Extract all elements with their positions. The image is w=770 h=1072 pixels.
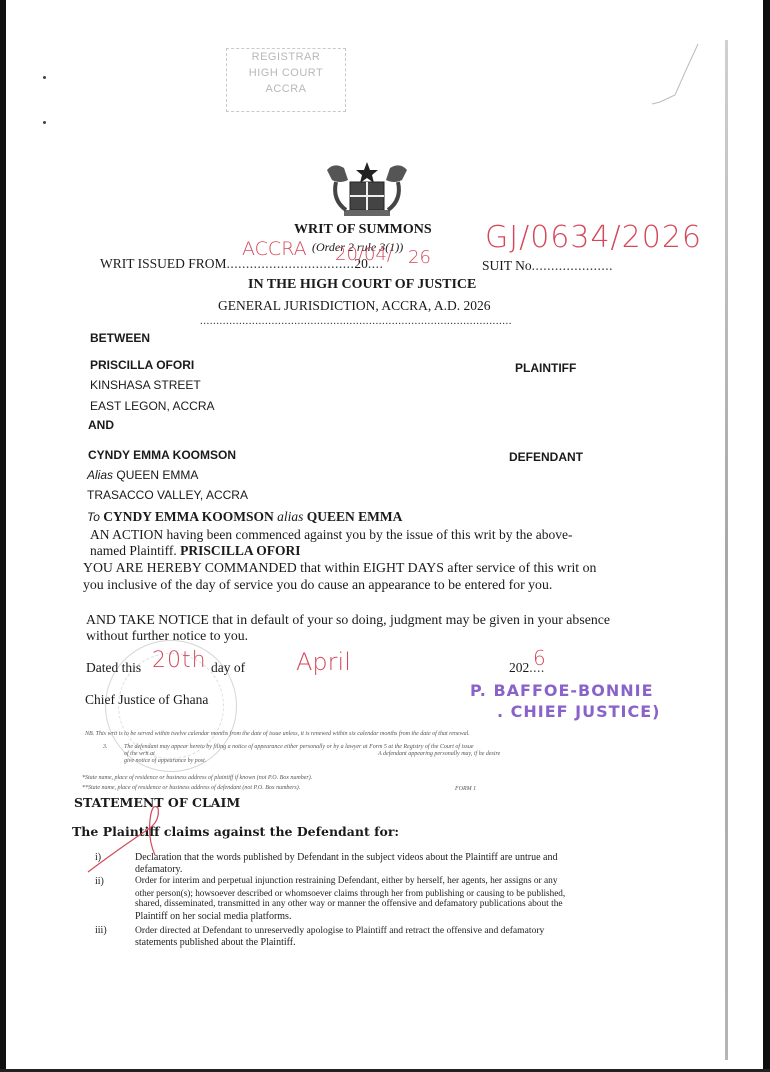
- notice-line-1: AND TAKE NOTICE that in default of your …: [86, 612, 610, 628]
- defendant-address-line: TRASACCO VALLEY, ACCRA: [87, 488, 248, 502]
- command-line-1: YOU ARE HEREBY COMMANDED that within EIG…: [83, 560, 596, 576]
- plaintiff-name: PRISCILLA OFORI: [90, 358, 194, 372]
- plaintiff-address-line: KINSHASA STREET: [90, 378, 201, 392]
- claim-item: Order directed at Defendant to unreserve…: [135, 925, 623, 948]
- handwritten-issue-date: 20/04/: [335, 244, 393, 265]
- handwritten-month: April: [296, 648, 351, 676]
- stamp-line: ACCRA: [227, 81, 345, 97]
- and-label: AND: [88, 418, 114, 432]
- form-label: FORM 1: [455, 786, 476, 792]
- claim-number: i): [95, 852, 101, 863]
- claim-number: ii): [95, 876, 104, 887]
- defendant-name: CYNDY EMMA KOOMSON: [88, 448, 236, 462]
- handwritten-issue-year: 26: [408, 247, 431, 268]
- pen-stroke-mark: [640, 40, 700, 120]
- court-name: IN THE HIGH COURT OF JUSTICE: [248, 277, 476, 293]
- claim-item: Order for interim and perpetual injuncti…: [135, 876, 623, 922]
- suit-no-label: SUIT No.....................: [482, 258, 613, 274]
- writ-title: WRIT OF SUMMONS: [294, 222, 432, 238]
- footnote-appearance-line-2a: of the writ at: [124, 751, 155, 757]
- footnote-appearance-line-2b: A defendant appearing personally may, if…: [378, 751, 500, 757]
- chief-justice-stamp-name: P. BAFFOE-BONNIE: [470, 681, 654, 700]
- scan-edge-left: [0, 0, 6, 1072]
- footnote-plaintiff-address: *State name, place of residence or busin…: [82, 775, 312, 781]
- command-line-2: you inclusive of the day of service you …: [83, 577, 552, 593]
- plaintiff-address-line: EAST LEGON, ACCRA: [90, 399, 214, 413]
- action-line-1: AN ACTION having been commenced against …: [90, 527, 573, 543]
- handwritten-day: 20th: [152, 648, 207, 673]
- addressee-line: To CYNDY EMMA KOOMSON alias QUEEN EMMA: [87, 509, 402, 525]
- registrar-stamp: REGISTRAR HIGH COURT ACCRA: [226, 48, 346, 112]
- claim-number: iii): [95, 925, 107, 936]
- dated-prefix: Dated this: [86, 660, 141, 676]
- page-fold-line: [725, 40, 728, 1060]
- handwritten-issued-from: ACCRA: [242, 238, 307, 260]
- plaintiff-role: PLAINTIFF: [515, 361, 576, 375]
- defendant-alias: Alias QUEEN EMMA: [87, 468, 198, 482]
- handwritten-suit-number: GJ/0634/2026: [485, 220, 702, 255]
- scan-edge-right: [763, 0, 770, 1072]
- jurisdiction: GENERAL JURISDICTION, ACCRA, A.D. 2026: [218, 298, 491, 314]
- ghana-coat-of-arms-icon: [322, 160, 412, 220]
- day-of-label: day of: [211, 660, 245, 676]
- speck: [43, 121, 46, 124]
- footnote-appearance-num: 3.: [103, 744, 108, 750]
- speck: [43, 76, 46, 79]
- dotted-separator: ........................................…: [200, 315, 512, 327]
- claim-item: Declaration that the words published by …: [135, 852, 623, 875]
- handwritten-year-digit: 6: [533, 646, 546, 670]
- action-line-2: named Plaintiff. PRISCILLA OFORI: [90, 543, 301, 559]
- stamp-line: HIGH COURT: [227, 65, 345, 81]
- stamp-line: REGISTRAR: [227, 49, 345, 65]
- between-label: BETWEEN: [90, 331, 150, 345]
- footnote-defendant-address: **State name, place of residence or busi…: [82, 785, 300, 791]
- footnote-appearance-line-3: give notice of appearance by post.: [124, 758, 206, 764]
- footnote-nb: NB. This writ is to be served within twe…: [85, 731, 470, 737]
- footnote-appearance-line-1: The defendant may appear hereto by filin…: [124, 744, 474, 750]
- defendant-role: DEFENDANT: [509, 450, 583, 464]
- chief-justice-stamp-title: . CHIEF JUSTICE): [497, 702, 660, 721]
- signatory-label: Chief Justice of Ghana: [85, 692, 208, 708]
